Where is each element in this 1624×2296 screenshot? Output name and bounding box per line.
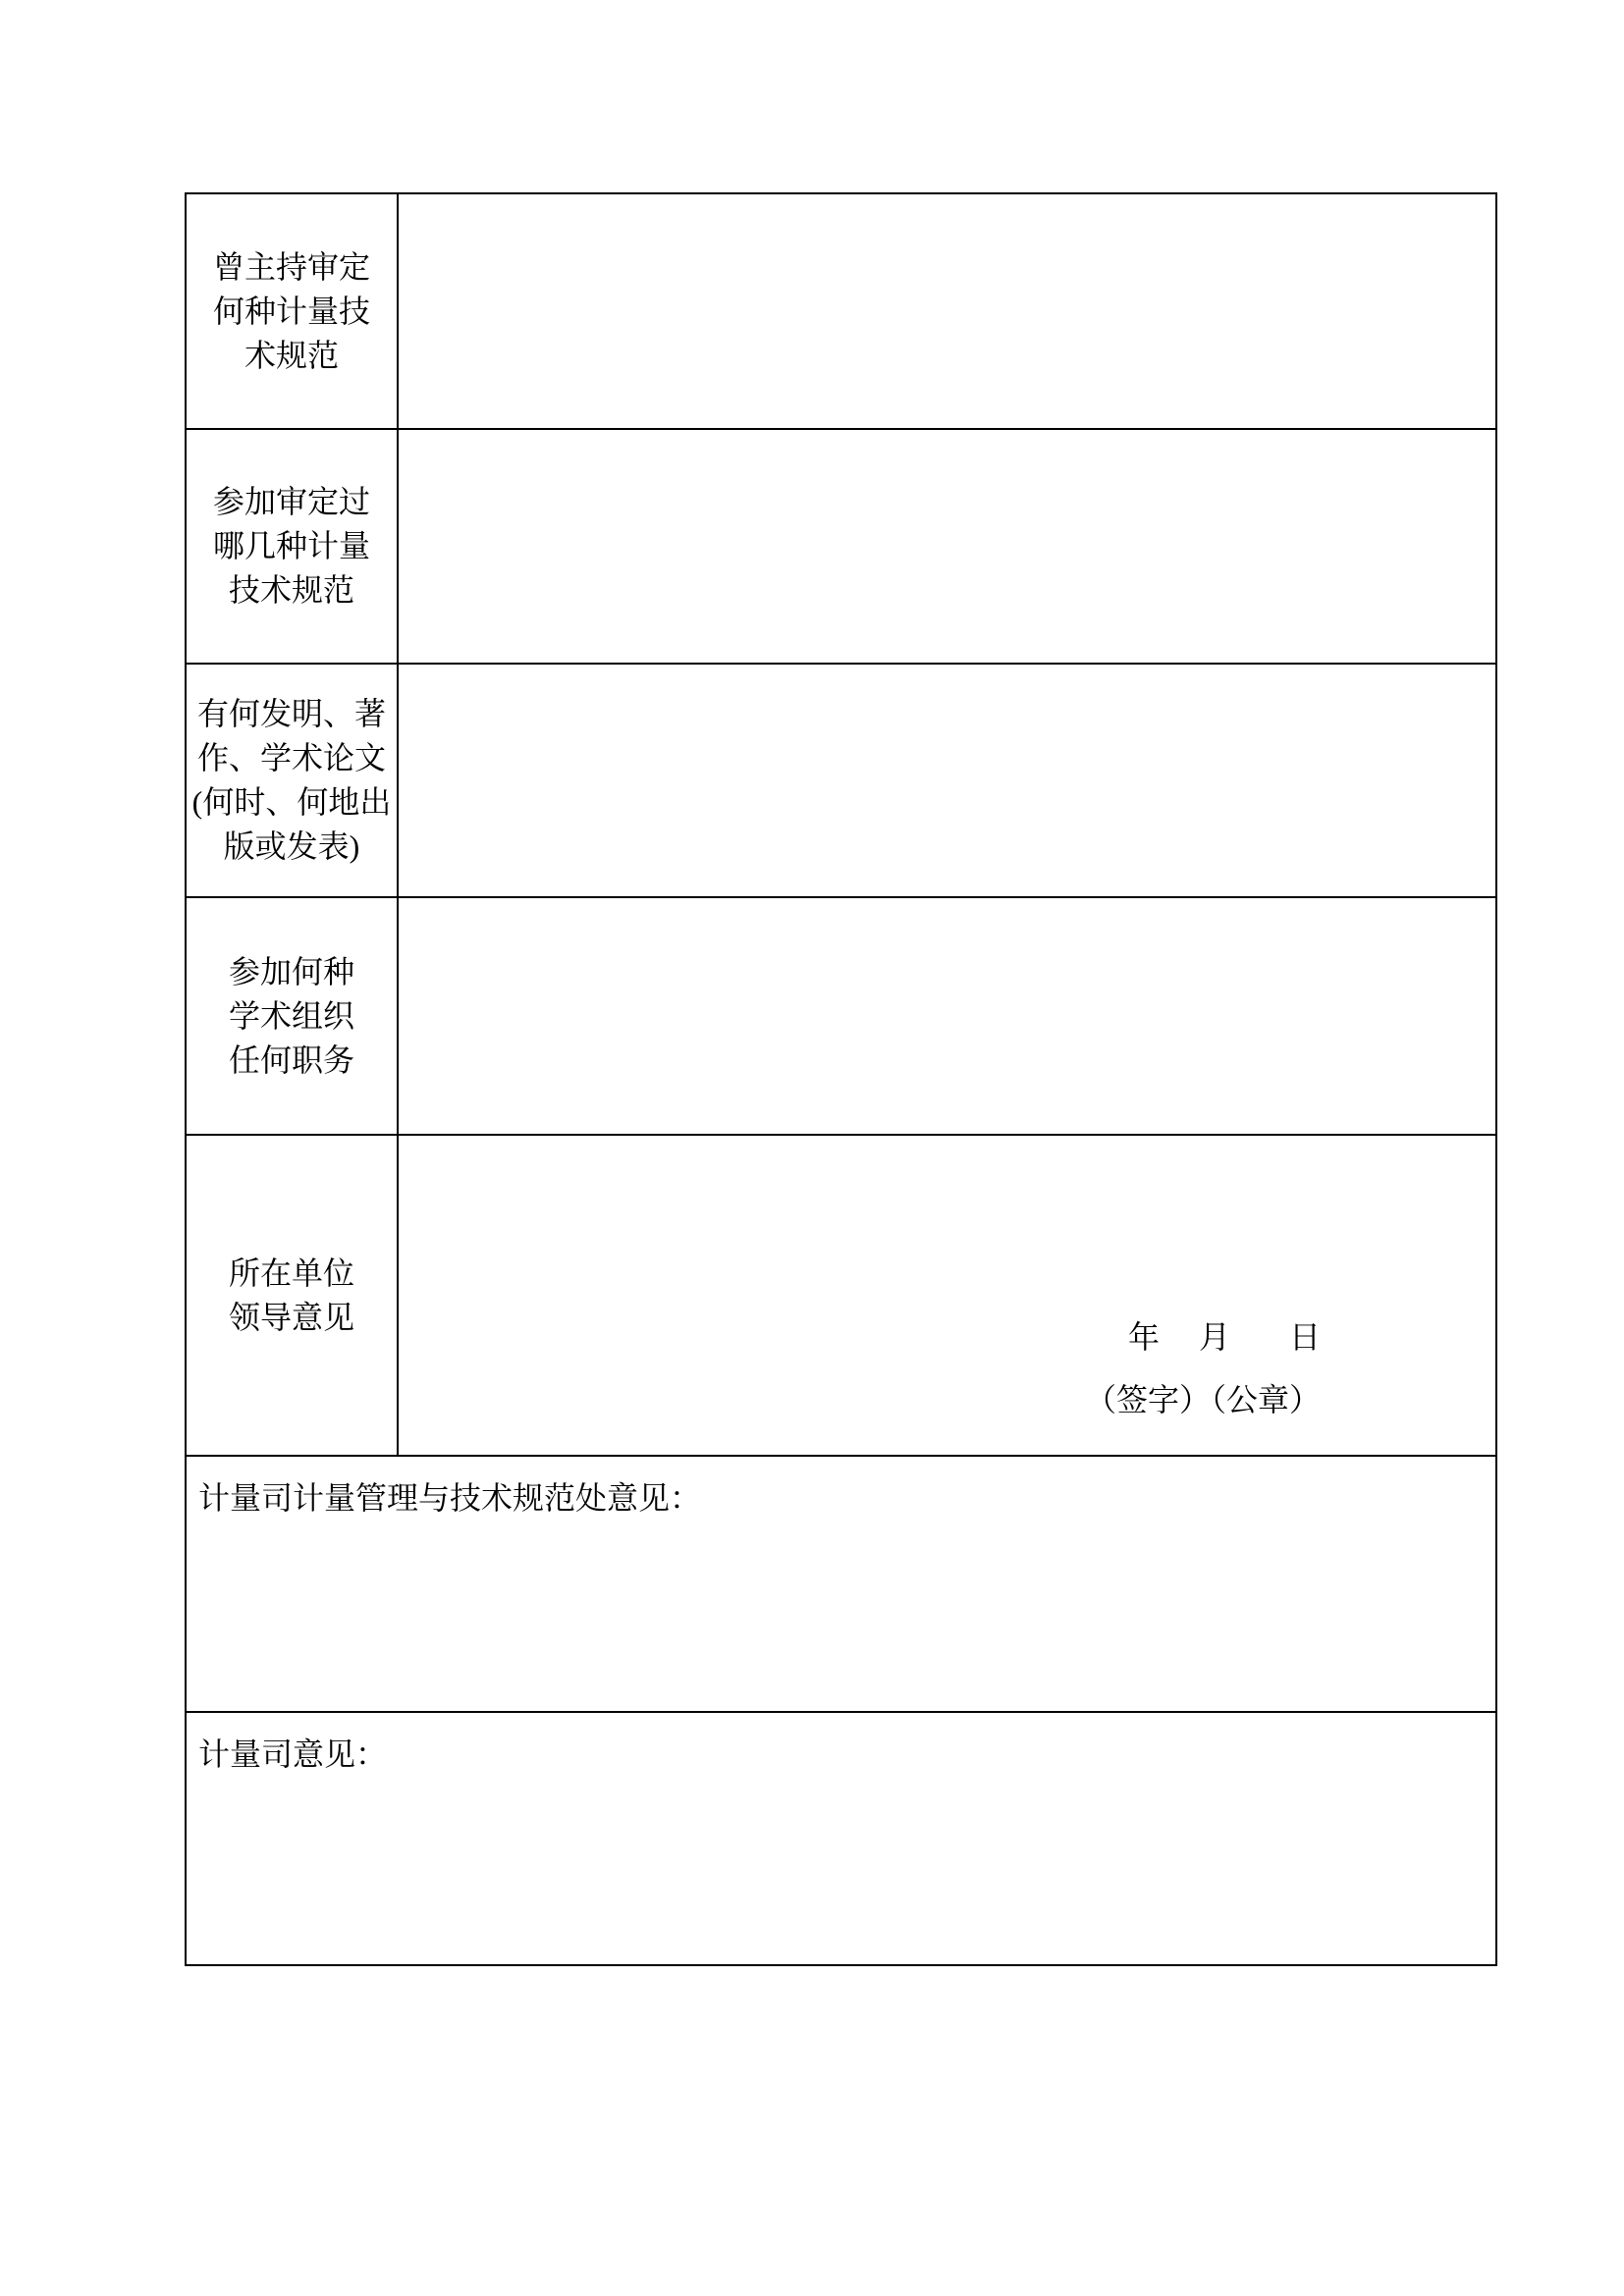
label-presided-over-specs: 曾主持审定 何种计量技 术规范 bbox=[186, 193, 398, 429]
month-label: 月 bbox=[1199, 1319, 1230, 1355]
label-academic-organizations: 参加何种 学术组织 任何职务 bbox=[186, 897, 398, 1135]
table-row: 参加何种 学术组织 任何职务 bbox=[186, 897, 1496, 1135]
cell-presided-over-specs bbox=[398, 193, 1496, 429]
date-line: 年月日 bbox=[1085, 1315, 1321, 1360]
label-unit-leader-opinion: 所在单位 领导意见 bbox=[186, 1135, 398, 1456]
cell-inventions-publications bbox=[398, 664, 1496, 897]
table-row: 参加审定过 哪几种计量 技术规范 bbox=[186, 429, 1496, 664]
label-inventions-publications: 有何发明、著 作、学术论文 (何时、何地出 版或发表) bbox=[186, 664, 398, 897]
year-label: 年 bbox=[1128, 1319, 1160, 1355]
table-row: 曾主持审定 何种计量技 术规范 bbox=[186, 193, 1496, 429]
table-row: 计量司意见： bbox=[186, 1712, 1496, 1965]
table-row: 有何发明、著 作、学术论文 (何时、何地出 版或发表) bbox=[186, 664, 1496, 897]
label-participated-specs: 参加审定过 哪几种计量 技术规范 bbox=[186, 429, 398, 664]
cell-unit-leader-opinion: 年月日 （签字）（公章） bbox=[398, 1135, 1496, 1456]
document-page: { "colors": { "background": "#ffffff", "… bbox=[0, 0, 1624, 2296]
appraisal-form-table: 曾主持审定 何种计量技 术规范 参加审定过 哪几种计量 技术规范 有何发明、著 … bbox=[185, 192, 1497, 1966]
cell-metrology-division-opinion: 计量司意见： bbox=[186, 1712, 1496, 1965]
day-label: 日 bbox=[1289, 1319, 1321, 1355]
signature-block: 年月日 （签字）（公章） bbox=[1085, 1315, 1321, 1422]
cell-academic-organizations bbox=[398, 897, 1496, 1135]
signature-seal-note: （签字）（公章） bbox=[1085, 1378, 1321, 1422]
table-row: 所在单位 领导意见 年月日 （签字）（公章） bbox=[186, 1135, 1496, 1456]
table-row: 计量司计量管理与技术规范处意见： bbox=[186, 1456, 1496, 1712]
cell-dept-management-division-opinion: 计量司计量管理与技术规范处意见： bbox=[186, 1456, 1496, 1712]
cell-participated-specs bbox=[398, 429, 1496, 664]
